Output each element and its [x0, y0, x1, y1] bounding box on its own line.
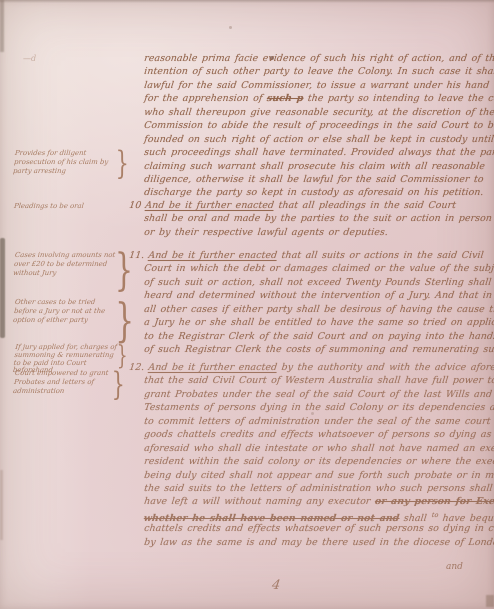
- manuscript-line: to commit letters of administration unde…: [143, 415, 490, 428]
- margin-brace: }: [115, 297, 134, 343]
- manuscript-line: heard and determined without the interve…: [143, 289, 490, 302]
- manuscript-line: aforesaid who shall die intestate or who…: [143, 442, 490, 455]
- page-top-edge: [0, 0, 494, 3]
- margin-note-pleadings: Pleadings to be oral: [14, 202, 135, 211]
- clause-opening-line: 10And be it further enacted that all ple…: [143, 199, 490, 212]
- manuscript-line: or by their respective lawful agents or …: [143, 226, 490, 239]
- manuscript-line: founded on such right of action or else …: [143, 133, 490, 146]
- enacting-phrase: And be it further enacted: [148, 362, 278, 373]
- enacting-phrase: And be it further enacted: [148, 250, 278, 261]
- manuscript-line: lawful for the said Commissioner, to iss…: [143, 79, 490, 92]
- manuscript-line: of such suit or action, shall not exceed…: [143, 276, 490, 289]
- ink-stain: [229, 26, 232, 29]
- clause-opening-line: 11.And be it further enacted that all su…: [143, 249, 490, 262]
- manuscript-line: who shall thereupon give reasonable secu…: [143, 106, 490, 119]
- manuscript-line: such proceedings shall have terminated. …: [143, 146, 490, 159]
- manuscript-line: Court in which the debt or damages claim…: [143, 262, 490, 275]
- manuscript-line: shall be oral and made by the parties to…: [143, 212, 490, 225]
- margin-brace: }: [116, 147, 129, 179]
- manuscript-line: goods chattels credits and effects whats…: [143, 428, 490, 441]
- clause-number: 11.: [129, 250, 146, 261]
- enacting-phrase: And be it further enacted: [145, 200, 275, 211]
- manuscript-line-with-deletion: have left a will without naming any exec…: [143, 495, 490, 508]
- binding-edge-shadow: [0, 0, 4, 52]
- manuscript-line: Testaments of persons dying in the said …: [143, 401, 490, 414]
- manuscript-line: that the said Civil Court of Western Aus…: [143, 374, 490, 387]
- manuscript-line: of such Registrar Clerk the costs of sum…: [143, 343, 490, 356]
- manuscript-line: claiming such warrant shall prosecute hi…: [143, 160, 490, 173]
- margin-note-prosecution: Provides for diligent prosecution of his…: [13, 149, 118, 176]
- clause-10-block: 10And be it further enacted that all ple…: [145, 199, 490, 239]
- clause-number: 12.: [129, 362, 146, 373]
- manuscript-line: diligence, otherwise it shall be lawful …: [143, 173, 490, 186]
- manuscript-line: grant Probates under the seal of the sai…: [143, 388, 490, 401]
- manuscript-line: a Jury he or she shall be entitled to ha…: [143, 316, 490, 329]
- manuscript-line: to the Registrar Clerk of the said Court…: [143, 330, 490, 343]
- catchword: and: [446, 562, 463, 572]
- manuscript-line-with-deletion: whether he shall have been named or not …: [143, 509, 490, 522]
- manuscript-line: the said suits to the letters of adminis…: [143, 482, 490, 495]
- struck-text: such p: [266, 93, 304, 104]
- manuscript-line: by law as the same is and may be there u…: [143, 536, 490, 549]
- body-intro-block: reasonable prima facie evidence of such …: [145, 52, 490, 200]
- struck-text: or any person for Executor: [374, 496, 494, 507]
- manuscript-line-with-deletion: for the apprehension of such p the party…: [143, 92, 490, 105]
- binding-edge-shadow: [0, 470, 3, 540]
- clause-12-block: 12.And be it further enacted by the auth…: [145, 361, 490, 549]
- clause-11-block: 11.And be it further enacted that all su…: [145, 249, 490, 357]
- manuscript-line: reasonable prima facie evidence of such …: [143, 52, 490, 65]
- margin-note-probates: Court empowered to grant Probates and le…: [13, 369, 118, 396]
- manuscript-line: all other cases if either party shall be…: [143, 303, 490, 316]
- clause-number: 10: [129, 200, 142, 211]
- manuscript-line: chattels credits and effects whatsoever …: [143, 522, 490, 535]
- manuscript-line: Commission to abide the result of procee…: [143, 119, 490, 132]
- manuscript-line: being duly cited shall not appear and su…: [143, 469, 490, 482]
- manuscript-line: discharge the party so kept in custody a…: [143, 186, 490, 199]
- margin-note-no-jury-cases: Cases involving amounts not over £20 to …: [13, 251, 118, 278]
- binding-edge-shadow: [0, 238, 5, 338]
- manuscript-line: resident within the said colony or its d…: [143, 455, 490, 468]
- margin-brace: }: [112, 368, 125, 400]
- corner-mark: [486, 595, 494, 607]
- clause-opening-line: 12.And be it further enacted by the auth…: [143, 361, 490, 374]
- stray-mark: —d: [23, 54, 36, 63]
- manuscript-page: —d Provides for diligent prosecution of …: [0, 0, 494, 609]
- margin-note-jury-option: Other cases to be tried before a Jury or…: [13, 298, 118, 325]
- manuscript-line: intention of such other party to leave t…: [143, 65, 490, 78]
